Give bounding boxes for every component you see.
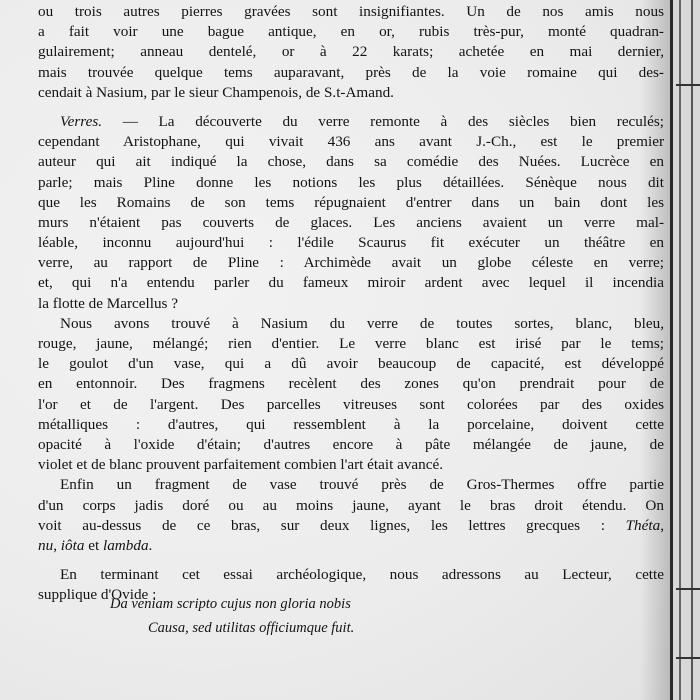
spine-rule [691, 0, 693, 700]
book-page: ou trois autres pierres gravées sont ins… [0, 0, 670, 700]
text-line: auteur qui ait indiqué la chose, dans sa… [38, 152, 664, 172]
text-line: ou trois autres pierres gravées sont ins… [38, 2, 664, 22]
text-line: cendait à Nasium, par le sieur Champenoi… [38, 83, 664, 103]
spine-divider [676, 84, 700, 86]
text-line: en entonnoir. Des fragmens recèlent des … [38, 374, 664, 394]
text-line: violet et de blanc prouvent parfaitement… [38, 455, 664, 475]
text-line: a fait voir une bague antique, en or, ru… [38, 22, 664, 42]
paragraph-verres: Verres. — La découverte du verre remonte… [38, 112, 664, 314]
verse-line-1: Da veniam scripto cujus non gloria nobis [110, 596, 351, 613]
text-line: murs n'étaient pas couverts de glaces. L… [38, 213, 664, 233]
section-heading-verres: Verres. [60, 113, 102, 130]
text-line: Enfin un fragment de vase trouvé près de… [38, 475, 664, 495]
spine-divider [676, 657, 700, 659]
text-line: nu, iôta et lambda. [38, 536, 664, 556]
spine-divider [676, 588, 700, 590]
text-line: et, qui n'a entendu parler du fameux mir… [38, 273, 664, 293]
paragraph-intro-continued: ou trois autres pierres gravées sont ins… [38, 2, 664, 103]
greek-letter-nu: nu [38, 537, 53, 554]
greek-letter-iota: iôta [61, 537, 85, 554]
text-line: d'un corps jadis doré ou au moins jaune,… [38, 496, 664, 516]
verse-line-2: Causa, sed utilitas officiumque fuit. [148, 620, 354, 637]
text-line: le goulot d'un vase, qui a dû avoir beau… [38, 354, 664, 374]
text-line: verre, au rapport de Pline : Archimède a… [38, 253, 664, 273]
text-line: opacité à l'oxide d'étain; d'autres enco… [38, 435, 664, 455]
spine-rule [679, 0, 681, 700]
text-line: rouge, jaune, mélangé; rien d'entier. Le… [38, 334, 664, 354]
text-line: que les Romains de son tems répugnaient … [38, 193, 664, 213]
text-line: léable, inconnu aujourd'hui : l'édile Sc… [38, 233, 664, 253]
text-line: En terminant cet essai archéologique, no… [38, 565, 664, 585]
paragraph-gros-thermes: Enfin un fragment de vase trouvé près de… [38, 475, 664, 556]
text-line: voit au-dessus de ce bras, sur deux lign… [38, 516, 664, 536]
text-line: Nous avons trouvé à Nasium du verre de t… [38, 314, 664, 334]
paragraph-nasium-verre: Nous avons trouvé à Nasium du verre de t… [38, 314, 664, 476]
text-line: cependant Aristophane, qui vivait 436 an… [38, 132, 664, 152]
greek-letter-lambda: lambda [103, 537, 149, 554]
page-text-block: ou trois autres pierres gravées sont ins… [38, 0, 664, 605]
text-line: l'or et de l'argent. Des parcelles vitre… [38, 395, 664, 415]
greek-letter-theta: Théta [626, 517, 661, 534]
text-line: métalliques : d'autres, qui ressemblent … [38, 415, 664, 435]
text-line: gulairement; anneau dentelé, or à 22 kar… [38, 42, 664, 62]
text-line: parle; mais Pline donne les notions les … [38, 173, 664, 193]
text-line: la flotte de Marcellus ? [38, 294, 664, 314]
book-spine-edge [670, 0, 700, 700]
text-line: Verres. — La découverte du verre remonte… [38, 112, 664, 132]
text-line: mais trouvée quelque tems auparavant, pr… [38, 63, 664, 83]
